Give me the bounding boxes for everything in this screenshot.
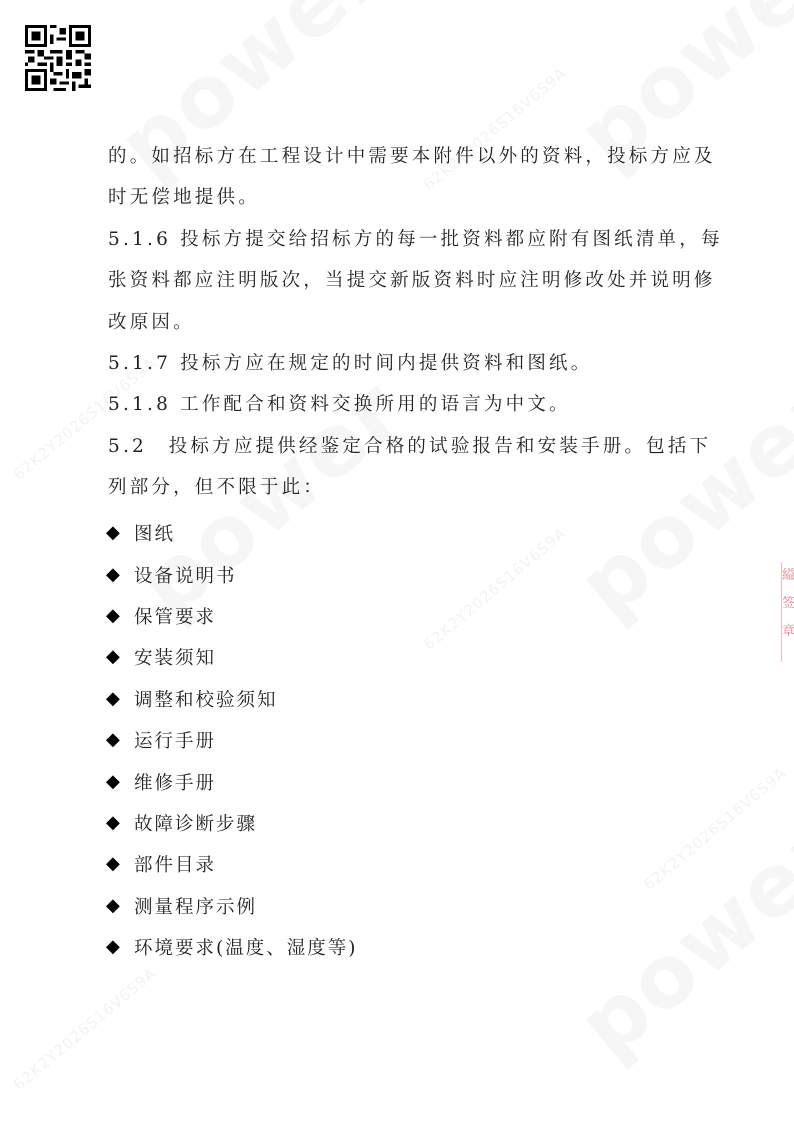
deliverables-list: ◆图纸 ◆设备说明书 ◆保管要求 ◆安装须知 ◆调整和校验须知 ◆运行手册 ◆维… [108, 513, 692, 968]
text-line: 张资料都应注明版次，当提交新版资料时应注明修改处并说明修 [108, 264, 692, 305]
list-item: ◆测量程序示例 [108, 885, 692, 926]
list-item-label: 运行手册 [134, 727, 216, 753]
list-item-label: 设备说明书 [134, 562, 237, 588]
clause-5-1-7: 5.1.7 投标方应在规定的时间内提供资料和图纸。 [108, 347, 692, 388]
clause-5-1-6: 5.1.6 投标方提交给招标方的每一批资料都应附有图纸清单，每 张资料都应注明版… [108, 223, 692, 347]
diamond-bullet-icon: ◆ [106, 607, 126, 625]
list-item: ◆运行手册 [108, 719, 692, 760]
text-line: 5.1.6 投标方提交给招标方的每一批资料都应附有图纸清单，每 [108, 223, 692, 264]
diamond-bullet-icon: ◆ [106, 648, 126, 666]
diamond-bullet-icon: ◆ [106, 690, 126, 708]
document-body: 的。如招标方在工程设计中需要本附件以外的资料，投标方应及 时无偿地提供。 5.1… [108, 140, 692, 968]
list-item-label: 保管要求 [134, 603, 216, 629]
diamond-bullet-icon: ◆ [106, 566, 126, 584]
watermark-code: 62K2Y2026S16V6S9A [10, 964, 160, 1094]
seal-glyph: 签 [782, 590, 794, 618]
text-line: 列部分，但不限于此： [108, 471, 692, 512]
list-item-label: 测量程序示例 [134, 893, 257, 919]
diamond-bullet-icon: ◆ [106, 731, 126, 749]
diamond-bullet-icon: ◆ [106, 897, 126, 915]
list-item-label: 部件目录 [134, 851, 216, 877]
qr-code-icon [25, 25, 91, 91]
text-line: 5.1.7 投标方应在规定的时间内提供资料和图纸。 [108, 347, 692, 388]
text-line: 5.2 投标方应提供经鉴定合格的试验报告和安装手册。包括下 [108, 430, 692, 471]
list-item: ◆部件目录 [108, 844, 692, 885]
edge-seal-stamp: 縊 签 章 [781, 562, 794, 662]
seal-glyph: 縊 [782, 562, 794, 590]
list-item: ◆环境要求(温度、湿度等) [108, 926, 692, 967]
list-item: ◆设备说明书 [108, 554, 692, 595]
list-item-label: 环境要求(温度、湿度等) [134, 934, 357, 960]
seal-glyph: 章 [782, 618, 794, 646]
list-item: ◆图纸 [108, 513, 692, 554]
text-line: 5.1.8 工作配合和资料交换所用的语言为中文。 [108, 388, 692, 429]
list-item-label: 维修手册 [134, 769, 216, 795]
list-item: ◆维修手册 [108, 761, 692, 802]
diamond-bullet-icon: ◆ [106, 938, 126, 956]
paragraph-continuation: 的。如招标方在工程设计中需要本附件以外的资料，投标方应及 时无偿地提供。 [108, 140, 692, 223]
text-line: 时无偿地提供。 [108, 181, 692, 222]
list-item: ◆故障诊断步骤 [108, 802, 692, 843]
list-item: ◆安装须知 [108, 637, 692, 678]
clause-5-1-8: 5.1.8 工作配合和资料交换所用的语言为中文。 [108, 388, 692, 429]
diamond-bullet-icon: ◆ [106, 524, 126, 542]
diamond-bullet-icon: ◆ [106, 773, 126, 791]
text-line: 改原因。 [108, 306, 692, 347]
diamond-bullet-icon: ◆ [106, 855, 126, 873]
clause-5-2: 5.2 投标方应提供经鉴定合格的试验报告和安装手册。包括下 列部分，但不限于此： [108, 430, 692, 513]
text-line: 的。如招标方在工程设计中需要本附件以外的资料，投标方应及 [108, 140, 692, 181]
list-item-label: 图纸 [134, 520, 175, 546]
list-item: ◆调整和校验须知 [108, 678, 692, 719]
list-item-label: 安装须知 [134, 644, 216, 670]
diamond-bullet-icon: ◆ [106, 814, 126, 832]
list-item-label: 调整和校验须知 [134, 686, 278, 712]
list-item-label: 故障诊断步骤 [134, 810, 257, 836]
list-item: ◆保管要求 [108, 595, 692, 636]
